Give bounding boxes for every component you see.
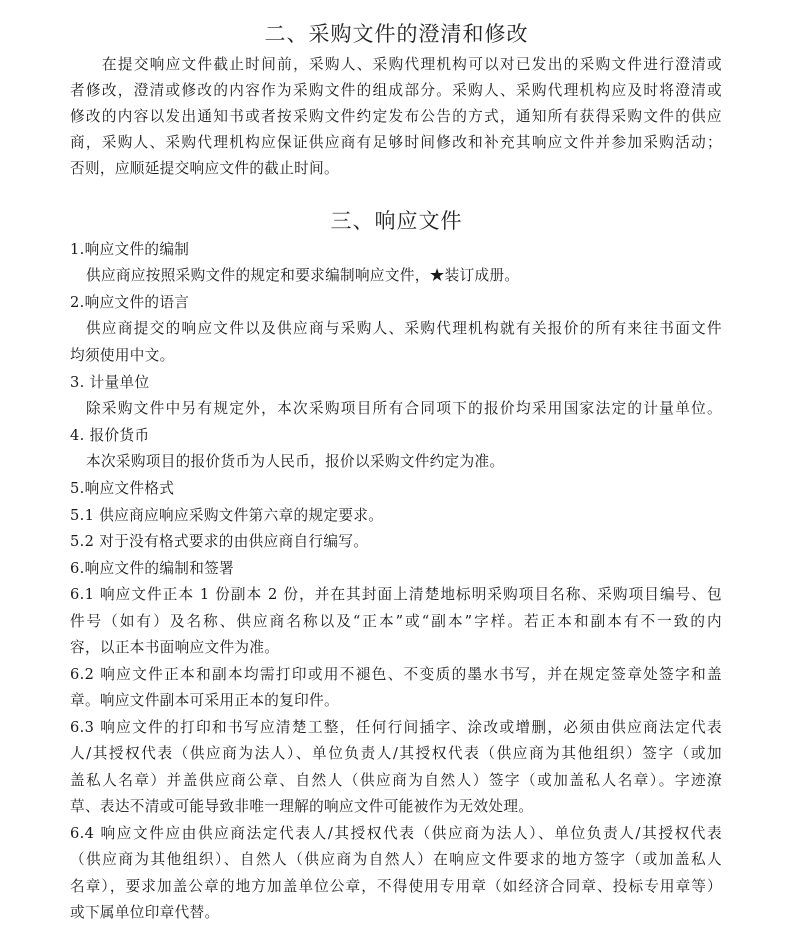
item-title: 5.响应文件格式 bbox=[70, 479, 722, 499]
item-text: 本次采购项目的报价货币为人民币，报价以采购文件约定为准。 bbox=[86, 452, 738, 472]
item-text: 草、表达不清或可能导致非唯一理解的响应文件可能被作为无效处理。 bbox=[70, 797, 722, 817]
item-title: 3. 计量单位 bbox=[70, 373, 722, 393]
paragraph-line: 商，采购人、采购代理机构应保证供应商有足够时间修改和补充其响应文件并参加采购活动… bbox=[70, 133, 722, 153]
item-title: 6.响应文件的编制和签署 bbox=[70, 559, 722, 579]
paragraph-line: 者修改，澄清或修改的内容作为采购文件的组成部分。采购人、采购代理机构应及时将澄清… bbox=[70, 81, 722, 101]
item-text: 名章），要求加盖公章的地方加盖单位公章，不得使用专用章（如经济合同章、投标专用章… bbox=[70, 877, 722, 897]
section-heading-response-docs: 三、响应文件 bbox=[0, 205, 793, 235]
item-text: 供应商提交的响应文件以及供应商与采购人、采购代理机构就有关报价的所有来往书面文件 bbox=[86, 319, 722, 339]
item-text: 6.2 响应文件正本和副本均需打印或用不褪色、不变质的墨水书写，并在规定签章处签… bbox=[70, 665, 722, 685]
item-title: 1.响应文件的编制 bbox=[70, 240, 722, 260]
item-text: （供应商为其他组织）、自然人（供应商为自然人）在响应文件要求的地方签字（或加盖私… bbox=[70, 850, 722, 870]
item-text: 供应商应按照采购文件的规定和要求编制响应文件，★装订成册。 bbox=[86, 266, 738, 286]
item-text: 6.4 响应文件应由供应商法定代表人/其授权代表（供应商为法人）、单位负责人/其… bbox=[70, 824, 722, 844]
paragraph-line: 在提交响应文件截止时间前，采购人、采购代理机构可以对已发出的采购文件进行澄清或 bbox=[102, 55, 722, 75]
document-page: 二、采购文件的澄清和修改 在提交响应文件截止时间前，采购人、采购代理机构可以对已… bbox=[0, 0, 793, 933]
item-text: 6.1 响应文件正本 1 份副本 2 份，并在其封面上清楚地标明采购项目名称、采… bbox=[70, 585, 722, 605]
section-heading-clarification: 二、采购文件的澄清和修改 bbox=[0, 18, 793, 48]
item-text: 人/其授权代表（供应商为法人）、单位负责人/其授权代表（供应商为其他组织）签字（… bbox=[70, 744, 722, 764]
item-text: 除采购文件中另有规定外，本次采购项目所有合同项下的报价均采用国家法定的计量单位。 bbox=[86, 399, 722, 419]
item-text: 均须使用中文。 bbox=[70, 346, 722, 366]
item-text: 章。响应文件副本可采用正本的复印件。 bbox=[70, 691, 722, 711]
item-text: 6.3 响应文件的打印和书写应清楚工整，任何行间插字、涂改或增删，必须由供应商法… bbox=[70, 718, 722, 738]
paragraph-line: 否则，应顺延提交响应文件的截止时间。 bbox=[70, 159, 722, 179]
item-text: 或下属单位印章代替。 bbox=[70, 903, 722, 923]
item-title: 5.2 对于没有格式要求的由供应商自行编写。 bbox=[70, 532, 722, 552]
item-title: 4. 报价货币 bbox=[70, 426, 722, 446]
item-text: 容，以正本书面响应文件为准。 bbox=[70, 638, 722, 658]
item-title: 2.响应文件的语言 bbox=[70, 293, 722, 313]
item-text: 件号（如有）及名称、供应商名称以及“正本”或“副本”字样。若正本和副本有不一致的… bbox=[70, 612, 722, 632]
item-title: 5.1 供应商应响应采购文件第六章的规定要求。 bbox=[70, 506, 722, 526]
paragraph-line: 修改的内容以发出通知书或者按采购文件约定发布公告的方式，通知所有获得采购文件的供… bbox=[70, 107, 722, 127]
item-text: 盖私人名章）并盖供应商公章、自然人（供应商为自然人）签字（或加盖私人名章）。字迹… bbox=[70, 771, 722, 791]
